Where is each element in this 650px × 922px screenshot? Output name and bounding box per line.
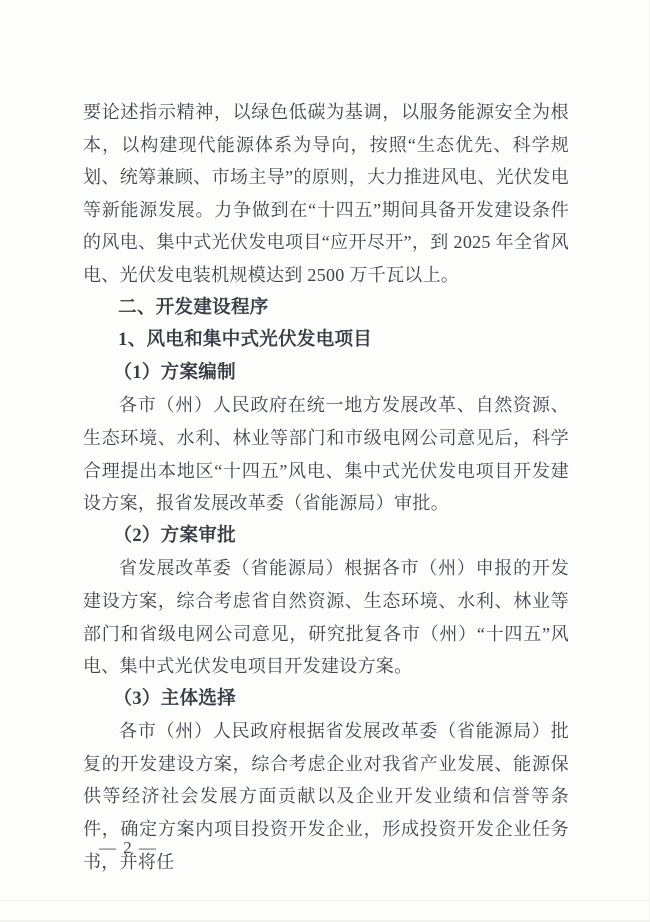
- item-2-body: 省发展改革委（省能源局）根据各市（州）申报的开发建设方案，综合考虑省自然资源、生…: [83, 552, 569, 682]
- intro-continuation-paragraph: 要论述指示精神，以绿色低碳为基调，以服务能源安全为根本，以构建现代能源体系为导向…: [83, 96, 569, 292]
- section-heading: 二、开发建设程序: [83, 292, 569, 325]
- item-1-heading: （1）方案编制: [83, 357, 569, 390]
- item-2-heading: （2）方案审批: [83, 520, 569, 553]
- item-1-body: 各市（州）人民政府在统一地方发展改革、自然资源、生态环境、水利、林业等部门和市级…: [83, 389, 569, 519]
- document-text-block: 要论述指示精神，以绿色低碳为基调，以服务能源安全为根本，以构建现代能源体系为导向…: [83, 96, 569, 878]
- subsection-heading: 1、风电和集中式光伏发电项目: [83, 324, 569, 357]
- page-number: — 2 —: [99, 838, 158, 858]
- item-3-heading: （3）主体选择: [83, 683, 569, 716]
- scan-artifact-line: [0, 900, 650, 901]
- document-page: 要论述指示精神，以绿色低碳为基调，以服务能源安全为根本，以构建现代能源体系为导向…: [0, 0, 650, 922]
